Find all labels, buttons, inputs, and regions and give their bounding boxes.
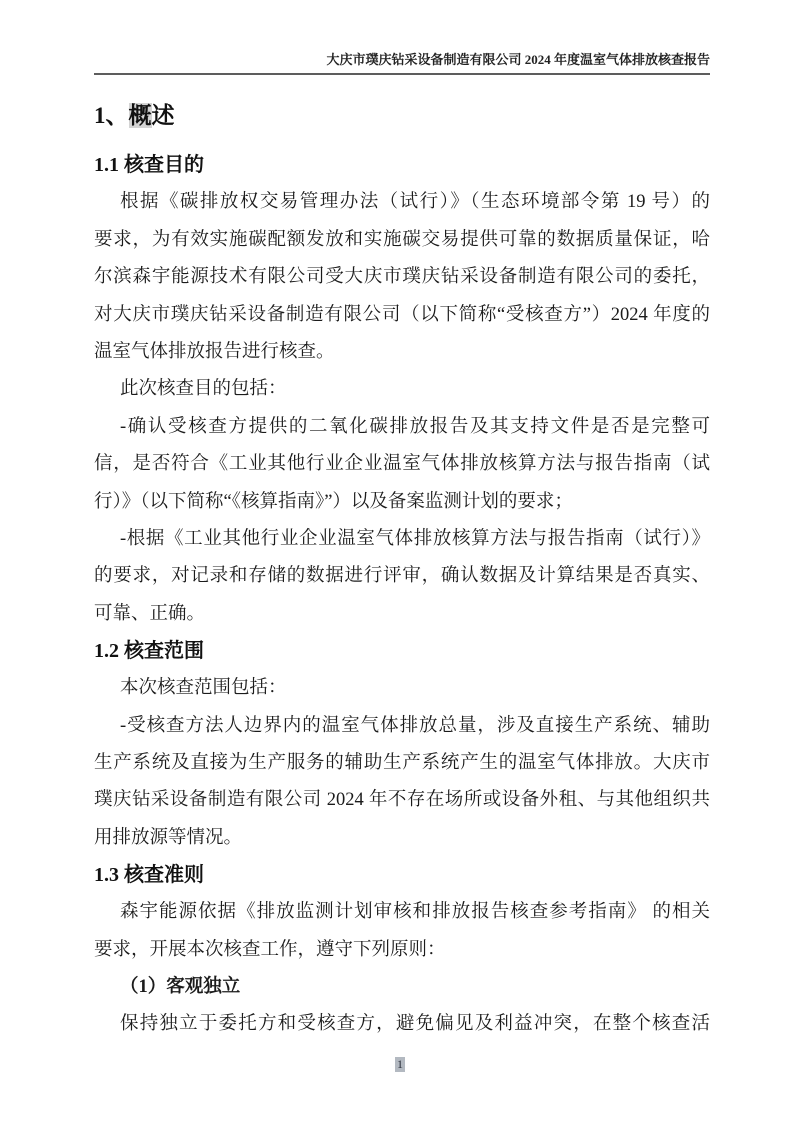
- text-line: 本次核查范围包括：: [94, 670, 710, 707]
- chapter-heading-prefix: 1、: [94, 103, 129, 128]
- text-line: -根据《工业其他行业企业温室气体排放核算方法与报告指南（试行）》: [94, 521, 710, 558]
- page-header: 大庆市璞庆钻采设备制造有限公司 2024 年度温室气体排放核查报告: [94, 0, 710, 75]
- chapter-heading-rest: 述: [152, 103, 175, 128]
- text-line: -受核查方法人边界内的温室气体排放总量，涉及直接生产系统、辅助: [94, 708, 710, 745]
- text-line: 用排放源等情况。: [94, 820, 710, 857]
- text-line: 生产系统及直接为生产服务的辅助生产系统产生的温室气体排放。大庆市: [94, 745, 710, 782]
- document-body: 1.1 核查目的根据《碳排放权交易管理办法（试行）》（生态环境部令第 19 号）…: [94, 152, 710, 1044]
- text-line: 尔滨森宇能源技术有限公司受大庆市璞庆钻采设备制造有限公司的委托，: [94, 259, 710, 296]
- text-line: 可靠、正确。: [94, 596, 710, 633]
- text-line: 行）》（以下简称“《核算指南》”）以及备案监测计划的要求；: [94, 484, 710, 521]
- chapter-heading-highlighted-char: 概: [129, 103, 152, 128]
- text-line: 要求，为有效实施碳配额发放和实施碳交易提供可靠的数据质量保证，哈: [94, 222, 710, 259]
- page-number: 1: [395, 1057, 405, 1072]
- text-line: 温室气体排放报告进行核查。: [94, 334, 710, 371]
- chapter-heading: 1、概述: [94, 102, 710, 131]
- section-heading: 1.3 核查准则: [94, 862, 710, 888]
- text-line: 根据《碳排放权交易管理办法（试行）》（生态环境部令第 19 号）的: [94, 184, 710, 221]
- text-line: 森宇能源依据《排放监测计划审核和排放报告核查参考指南》 的相关: [94, 894, 710, 931]
- text-line: 保持独立于委托方和受核查方，避免偏见及利益冲突，在整个核查活: [94, 1006, 710, 1043]
- subsection-heading: （1）客观独立: [94, 969, 710, 1006]
- text-line: 对大庆市璞庆钻采设备制造有限公司（以下简称“受核查方”）2024 年度的: [94, 297, 710, 334]
- header-title: 大庆市璞庆钻采设备制造有限公司 2024 年度温室气体排放核查报告: [326, 52, 710, 67]
- document-page: 大庆市璞庆钻采设备制造有限公司 2024 年度温室气体排放核查报告 1、概述 1…: [0, 0, 800, 1132]
- text-line: 璞庆钻采设备制造有限公司 2024 年不存在场所或设备外租、与其他组织共: [94, 782, 710, 819]
- text-line: 的要求，对记录和存储的数据进行评审，确认数据及计算结果是否真实、: [94, 558, 710, 595]
- section-heading: 1.2 核查范围: [94, 638, 710, 664]
- text-line: 信，是否符合《工业其他行业企业温室气体排放核算方法与报告指南（试: [94, 446, 710, 483]
- section-heading: 1.1 核查目的: [94, 152, 710, 178]
- text-line: -确认受核查方提供的二氧化碳排放报告及其支持文件是否是完整可: [94, 409, 710, 446]
- text-line: 要求，开展本次核查工作，遵守下列原则：: [94, 932, 710, 969]
- page-footer: 1: [0, 1055, 800, 1073]
- text-line: 此次核查目的包括：: [94, 371, 710, 408]
